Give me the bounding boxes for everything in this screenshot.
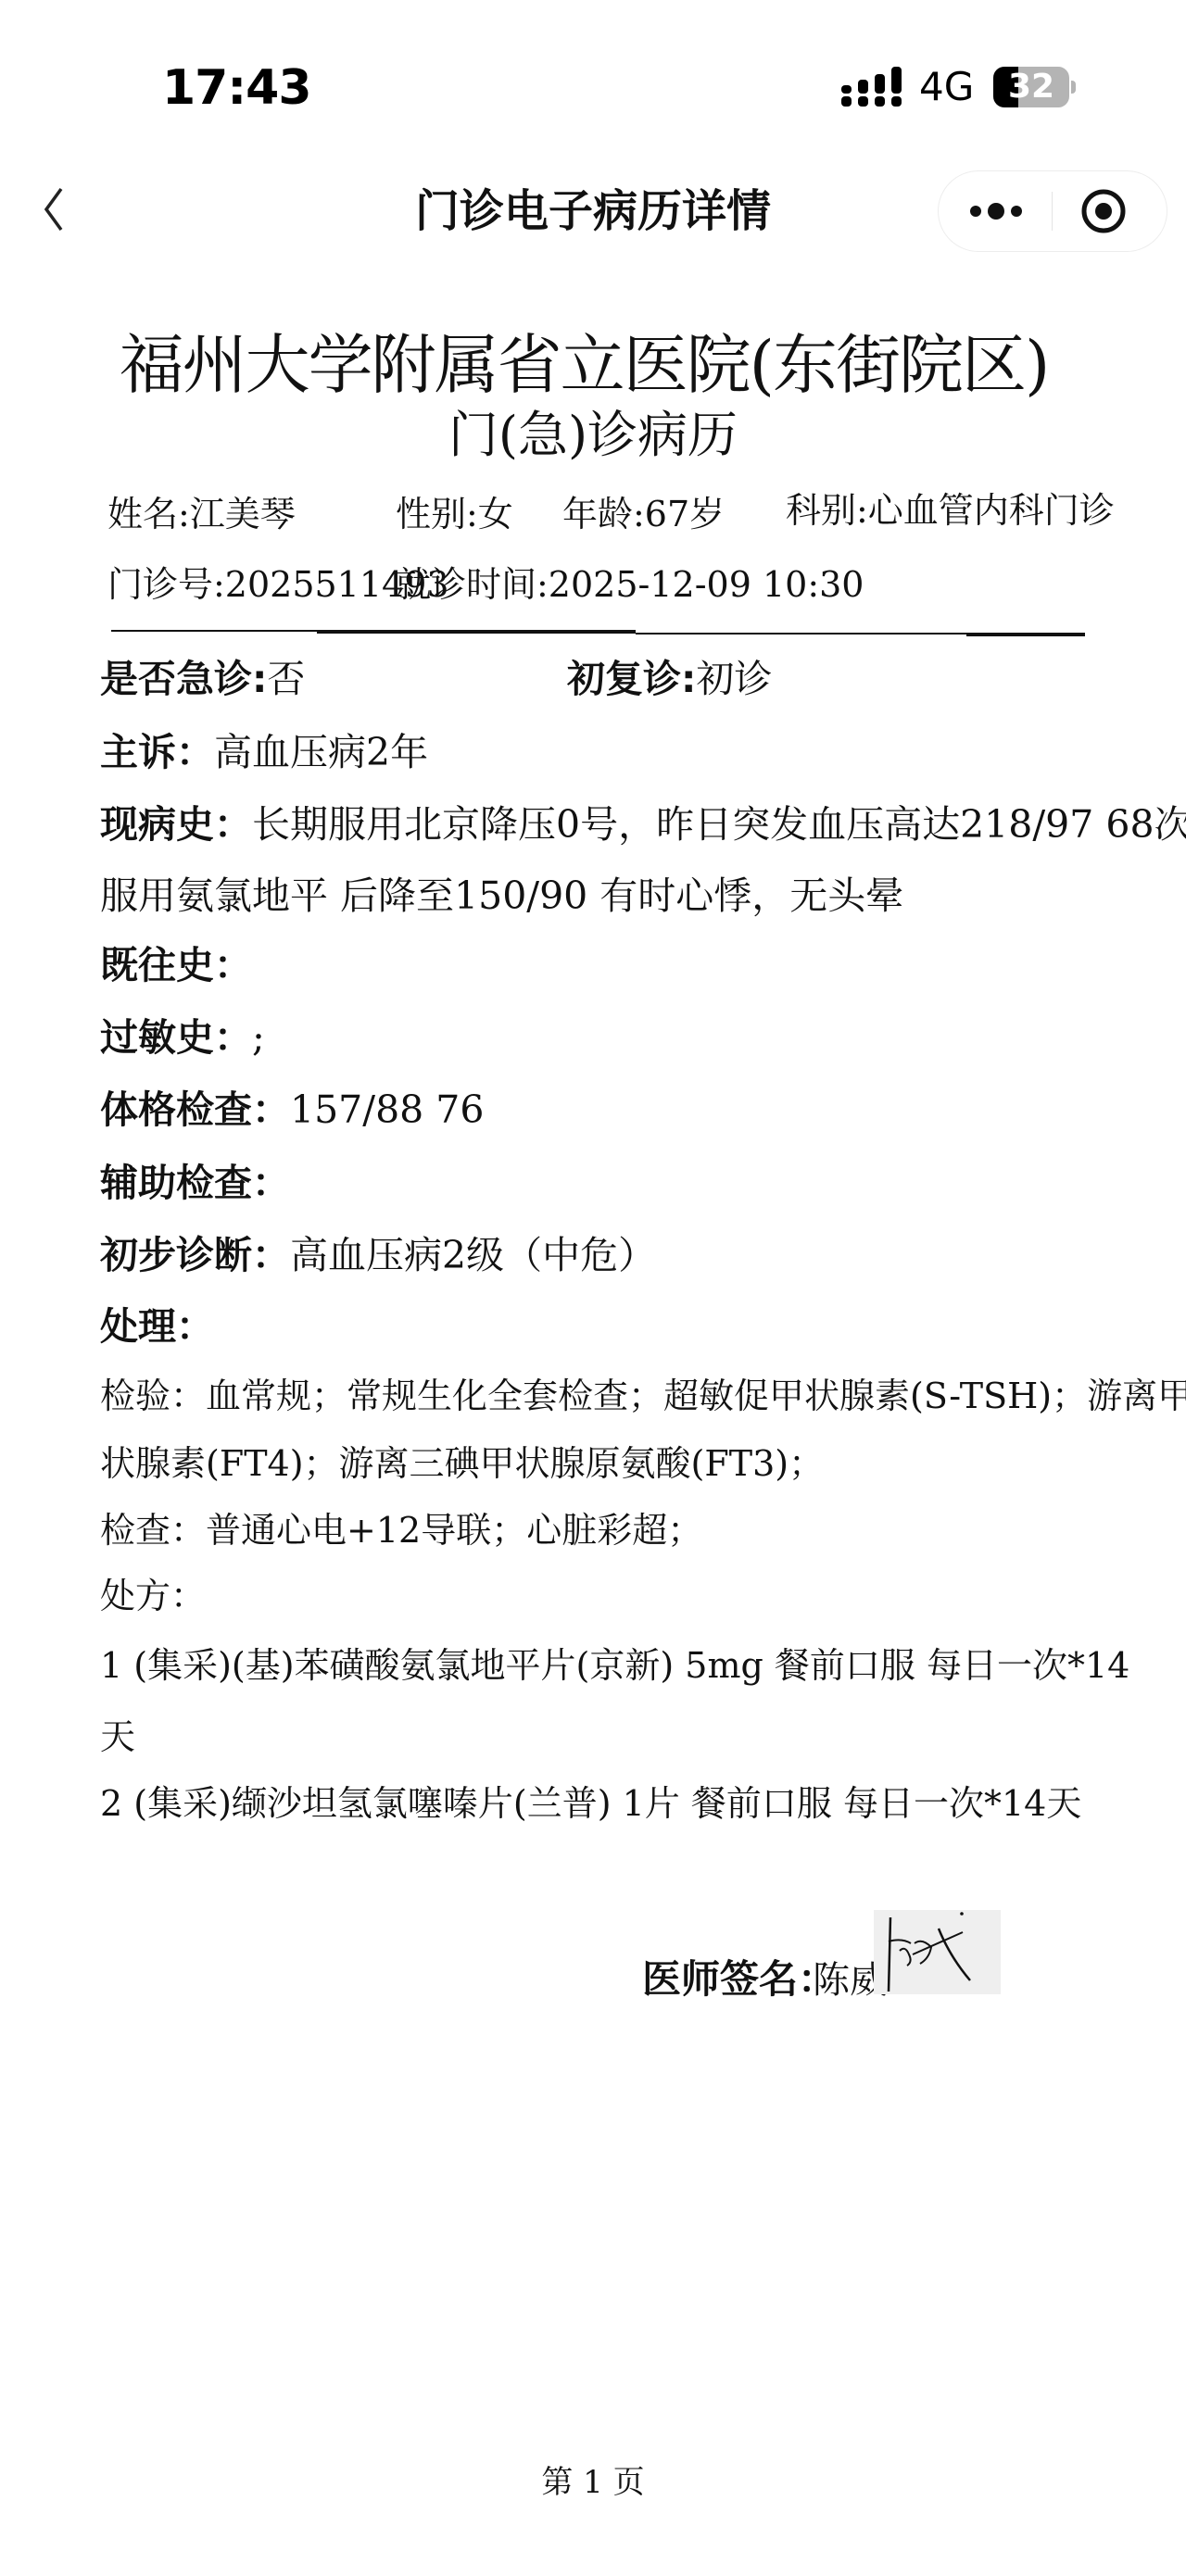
mini-program-capsule (938, 170, 1167, 252)
prescription-label: 处方： (100, 1575, 206, 1617)
examinations: 检查：普通心电+12导联；心脏彩超； (100, 1509, 702, 1552)
handwritten-signature-image (874, 1910, 1001, 1994)
signal-strength-icon (841, 67, 902, 107)
present-illness-field: 现病史：长期服用北京降压0号，昨日突发血压高达218/97 68次/分 (100, 801, 1186, 848)
physical-exam-field: 体格检查：157/88 76 (100, 1087, 484, 1133)
emergency-value: 否 (267, 657, 305, 701)
present-illness-line2: 服用氨氯地平 后降至150/90 有时心悸，无头晕 (100, 873, 903, 918)
present-illness-line1: 长期服用北京降压0号，昨日突发血压高达218/97 68次/分 (252, 802, 1186, 847)
treatment-field: 处理： (100, 1303, 214, 1350)
prescription-item-2: 2 (集采)缬沙坦氢氯噻嗪片(兰普) 1片 餐前口服 每日一次*14天 (100, 1782, 1081, 1825)
diagnosis-field: 初步诊断：高血压病2级（中危） (100, 1232, 656, 1278)
capsule-divider (1052, 192, 1053, 231)
chief-complaint-value: 高血压病2年 (214, 730, 428, 774)
diagnosis-value: 高血压病2级（中危） (290, 1233, 656, 1277)
prescription-item-1-cont: 天 (100, 1715, 135, 1758)
page-number: 第 1 页 (0, 2462, 1186, 2503)
visit-type-value: 初诊 (696, 657, 772, 701)
battery-icon: 32 (993, 67, 1077, 107)
auxiliary-exam-field: 辅助检查： (100, 1160, 290, 1206)
physical-exam-value: 157/88 76 (290, 1087, 484, 1132)
prescription-item-1: 1 (集采)(基)苯磺酸氨氯地平片(京新) 5mg 餐前口服 每日一次*14 (100, 1644, 1129, 1687)
present-illness-label: 现病史： (100, 802, 252, 847)
more-dots-icon (939, 171, 1052, 251)
department: 科别:心血管内科门诊 (786, 489, 1115, 532)
target-close-icon (1054, 171, 1167, 251)
doctor-signature-label: 医师签名： (642, 1956, 837, 2003)
lab-tests-line1: 检验：血常规；常规生化全套检查；超敏促甲状腺素(S-TSH)；游离甲 (100, 1375, 1186, 1417)
treatment-label: 处理： (100, 1304, 214, 1349)
more-button[interactable] (939, 171, 1052, 251)
battery-level: 32 (993, 67, 1069, 107)
past-history-label: 既往史： (100, 943, 252, 987)
visit-type-label: 初复诊: (567, 657, 696, 701)
emergency-field: 是否急诊:否 (100, 656, 305, 702)
allergy-history-label: 过敏史： (100, 1015, 252, 1060)
diagnosis-label: 初步诊断： (100, 1233, 290, 1277)
network-type: 4G (919, 67, 974, 107)
header-divider (317, 630, 636, 634)
chief-complaint-field: 主诉：高血压病2年 (100, 729, 428, 775)
patient-age: 年龄:67岁 (562, 493, 725, 535)
hospital-name: 福州大学附属省立医院(东街院区) (0, 328, 1167, 402)
physical-exam-label: 体格检查： (100, 1087, 290, 1132)
allergy-history-field: 过敏史：; (100, 1014, 265, 1061)
patient-name: 姓名:江美琴 (107, 493, 296, 535)
auxiliary-exam-label: 辅助检查： (100, 1161, 290, 1205)
past-history-field: 既往史： (100, 942, 252, 988)
header-divider (966, 633, 1085, 636)
present-illness-line2-row: 服用氨氯地平 后降至150/90 有时心悸，无头晕 (100, 873, 903, 919)
record-title: 门(急)诊病历 (0, 406, 1186, 465)
header-divider (111, 630, 317, 632)
emergency-label: 是否急诊: (100, 657, 267, 701)
allergy-history-value: ; (252, 1015, 265, 1060)
lab-tests-line2: 状腺素(FT4)；游离三碘甲状腺原氨酸(FT3)； (100, 1442, 824, 1485)
header-divider (636, 633, 966, 635)
visit-time: 就诊时间:2025-12-09 10:30 (396, 563, 864, 606)
chief-complaint-label: 主诉： (100, 730, 214, 774)
visit-type-field: 初复诊:初诊 (567, 656, 772, 702)
patient-gender: 性别:女 (396, 493, 513, 535)
close-mini-program-button[interactable] (1054, 171, 1167, 251)
status-time: 17:43 (162, 61, 311, 115)
